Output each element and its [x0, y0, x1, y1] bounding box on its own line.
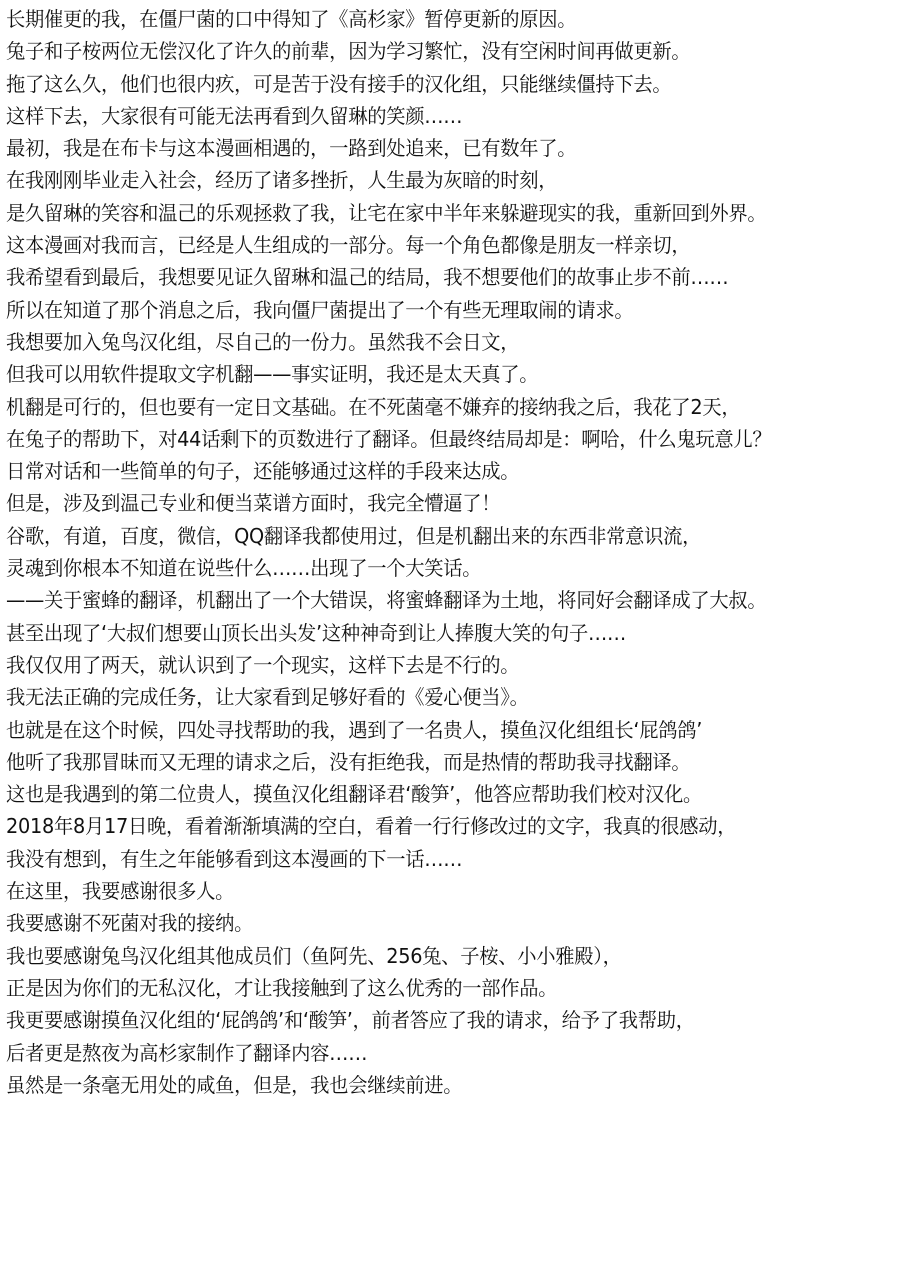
text-line: 这本漫画对我而言，已经是人生组成的一部分。每一个角色都像是朋友一样亲切，: [6, 229, 865, 261]
text-line: 我要感谢不死菌对我的接纳。: [6, 907, 865, 939]
text-line: 但我可以用软件提取文字机翻——事实证明，我还是太天真了。: [6, 358, 865, 390]
text-line: 是久留琳的笑容和温己的乐观拯救了我，让宅在家中半年来躲避现实的我，重新回到外界。: [6, 197, 865, 229]
text-line: 灵魂到你根本不知道在说些什么……出现了一个大笑话。: [6, 552, 865, 584]
text-line: 但是，涉及到温己专业和便当菜谱方面时，我完全懵逼了！: [6, 487, 865, 519]
text-line: 虽然是一条毫无用处的咸鱼，但是，我也会继续前进。: [6, 1069, 865, 1101]
text-line: 他听了我那冒昧而又无理的请求之后，没有拒绝我，而是热情的帮助我寻找翻译。: [6, 746, 865, 778]
text-line: 我也要感谢兔鸟汉化组其他成员们（鱼阿先、256兔、子桉、小小雅殿），: [6, 940, 865, 972]
text-line: 后者更是熬夜为高杉家制作了翻译内容……: [6, 1037, 865, 1069]
text-line: 这也是我遇到的第二位贵人，摸鱼汉化组翻译君‘酸笋’，他答应帮助我们校对汉化。: [6, 778, 865, 810]
text-line: 我想要加入兔鸟汉化组，尽自己的一份力。虽然我不会日文，: [6, 326, 865, 358]
text-line: 长期催更的我，在僵尸菌的口中得知了《高杉家》暂停更新的原因。: [6, 3, 865, 35]
text-line: 也就是在这个时候，四处寻找帮助的我，遇到了一名贵人，摸鱼汉化组组长‘屁鸽鸽’: [6, 714, 865, 746]
text-line: 甚至出现了‘大叔们想要山顶长出头发’这种神奇到让人捧腹大笑的句子……: [6, 617, 865, 649]
text-line: ——关于蜜蜂的翻译，机翻出了一个大错误，将蜜蜂翻译为土地，将同好会翻译成了大叔。: [6, 584, 865, 616]
text-line: 这样下去，大家很有可能无法再看到久留琳的笑颜……: [6, 100, 865, 132]
text-line: 日常对话和一些简单的句子，还能够通过这样的手段来达成。: [6, 455, 865, 487]
text-line: 在兔子的帮助下，对44话剩下的页数进行了翻译。但最终结局却是：啊哈，什么鬼玩意儿…: [6, 423, 865, 455]
text-line: 2018年8月17日晚，看着渐渐填满的空白，看着一行行修改过的文字，我真的很感动…: [6, 810, 865, 842]
document-body: 长期催更的我，在僵尸菌的口中得知了《高杉家》暂停更新的原因。 兔子和子桉两位无偿…: [6, 3, 896, 1101]
text-line: 正是因为你们的无私汉化，才让我接触到了这么优秀的一部作品。: [6, 972, 865, 1004]
text-line: 我希望看到最后，我想要见证久留琳和温己的结局，我不想要他们的故事止步不前……: [6, 261, 865, 293]
text-line: 我仅仅用了两天，就认识到了一个现实，这样下去是不行的。: [6, 649, 865, 681]
text-line: 我没有想到，有生之年能够看到这本漫画的下一话……: [6, 843, 865, 875]
text-line: 拖了这么久，他们也很内疚，可是苦于没有接手的汉化组，只能继续僵持下去。: [6, 68, 865, 100]
text-line: 最初，我是在布卡与这本漫画相遇的，一路到处追来，已有数年了。: [6, 132, 865, 164]
text-line: 我无法正确的完成任务，让大家看到足够好看的《爱心便当》。: [6, 681, 865, 713]
text-line: 所以在知道了那个消息之后，我向僵尸菌提出了一个有些无理取闹的请求。: [6, 294, 865, 326]
text-line: 谷歌，有道，百度，微信，QQ翻译我都使用过，但是机翻出来的东西非常意识流，: [6, 520, 865, 552]
text-line: 机翻是可行的，但也要有一定日文基础。在不死菌毫不嫌弃的接纳我之后，我花了2天，: [6, 391, 865, 423]
text-line: 在我刚刚毕业走入社会，经历了诸多挫折，人生最为灰暗的时刻，: [6, 164, 865, 196]
text-line: 我更要感谢摸鱼汉化组的‘屁鸽鸽’和‘酸笋’，前者答应了我的请求，给予了我帮助，: [6, 1004, 865, 1036]
text-line: 兔子和子桉两位无偿汉化了许久的前辈，因为学习繁忙，没有空闲时间再做更新。: [6, 35, 865, 67]
text-line: 在这里，我要感谢很多人。: [6, 875, 865, 907]
